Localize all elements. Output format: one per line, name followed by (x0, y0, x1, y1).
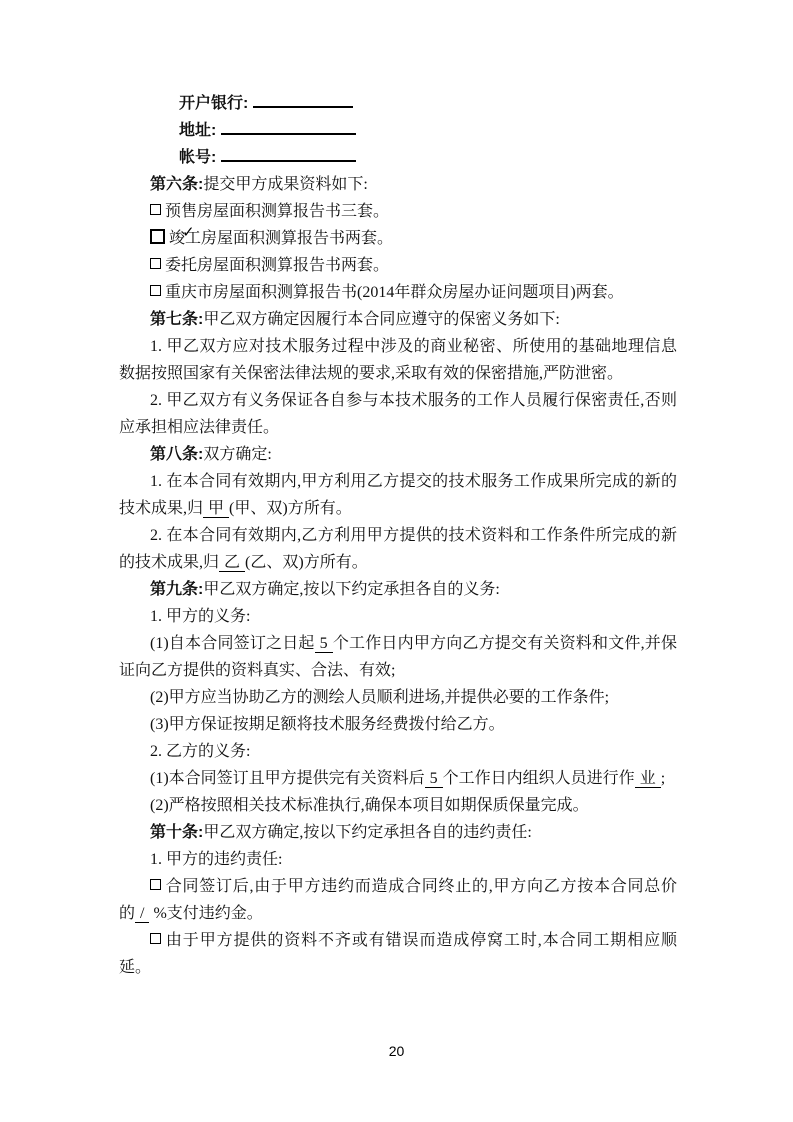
paragraph: 合同签订后,由于甲方违约而造成合同终止的,甲方向乙方按本合同总价的/ %支付违约… (119, 873, 677, 927)
paragraph: (2)严格按照相关技术标准执行,确保本项目如期保质保量完成。 (119, 792, 677, 819)
body-text: 重庆市房屋面积测算报告书(2014年群众房屋办证问题项目)两套。 (165, 284, 624, 301)
paragraph: (2)甲方应当协助乙方的测绘人员顺利进场,并提供必要的工作条件; (119, 684, 677, 711)
paragraph: 帐号: (119, 144, 677, 171)
clause-heading: 第七条: (150, 311, 203, 328)
body-text: 提交甲方成果资料如下: (203, 176, 367, 193)
paragraph: (3)甲方保证按期足额将技术服务经费拨付给乙方。 (119, 711, 677, 738)
checkbox-unchecked-icon (150, 879, 161, 890)
paragraph: 第九条:甲乙双方确定,按以下约定承担各自的义务: (119, 576, 677, 603)
paragraph: 1. 甲方的义务: (119, 603, 677, 630)
body-text: 2. 甲乙双方有义务保证各自参与本技术服务的工作人员履行保密责任,否则应承担相应… (119, 392, 677, 436)
fill-in-value: 乙 (219, 554, 245, 572)
clause-heading: 第六条: (150, 176, 203, 193)
fill-in-value: 业 (635, 770, 661, 788)
body-text: (2)严格按照相关技术标准执行,确保本项目如期保质保量完成。 (150, 797, 589, 814)
paragraph: 1. 甲方的违约责任: (119, 846, 677, 873)
body-text: 2. 乙方的义务: (150, 743, 250, 760)
check-mark-icon: ✓ (151, 225, 195, 240)
page-number: 20 (0, 1043, 793, 1059)
paragraph: 2. 乙方的义务: (119, 738, 677, 765)
paragraph: (1)自本合同签订之日起5个工作日内甲方向乙方提交有关资料和文件,并保证向乙方提… (119, 630, 677, 684)
body-text: 甲乙双方确定,按以下约定承担各自的义务: (203, 581, 499, 598)
document-body: 开户银行:地址:帐号:第六条:提交甲方成果资料如下:预售房屋面积测算报告书三套。… (119, 90, 677, 981)
clause-heading: 地址: (179, 122, 216, 139)
paragraph: 第七条:甲乙双方确定因履行本合同应遵守的保密义务如下: (119, 306, 677, 333)
paragraph: 2. 在本合同有效期内,乙方利用甲方提供的技术资料和工作条件所完成的新的技术成果… (119, 522, 677, 576)
body-text: 1. 甲乙双方应对技术服务过程中涉及的商业秘密、所使用的基础地理信息数据按照国家… (119, 338, 677, 382)
fill-in-blank-line (221, 118, 356, 135)
paragraph: ✓竣工房屋面积测算报告书两套。 (119, 225, 677, 252)
paragraph: 第六条:提交甲方成果资料如下: (119, 171, 677, 198)
body-text: (2)甲方应当协助乙方的测绘人员顺利进场,并提供必要的工作条件; (150, 689, 609, 706)
body-text: 个工作日内组织人员进行作 (443, 770, 635, 787)
body-text: %支付违约金。 (149, 905, 262, 922)
fill-in-value: 5 (315, 635, 333, 653)
clause-heading: 第十条: (150, 824, 203, 841)
fill-in-blank-line (221, 145, 356, 162)
paragraph: 由于甲方提供的资料不齐或有错误而造成停窝工时,本合同工期相应顺延。 (119, 927, 677, 981)
paragraph: 地址: (119, 117, 677, 144)
checkbox-unchecked-icon (150, 285, 161, 296)
paragraph: 委托房屋面积测算报告书两套。 (119, 252, 677, 279)
paragraph: 重庆市房屋面积测算报告书(2014年群众房屋办证问题项目)两套。 (119, 279, 677, 306)
body-text: ; (661, 770, 665, 787)
clause-heading: 开户银行: (179, 95, 248, 112)
fill-in-value: 5 (425, 770, 443, 788)
clause-heading: 第九条: (150, 581, 203, 598)
body-text: 预售房屋面积测算报告书三套。 (165, 203, 389, 220)
body-text: (甲、双)方所有。 (229, 500, 352, 517)
document-page: 开户银行:地址:帐号:第六条:提交甲方成果资料如下:预售房屋面积测算报告书三套。… (0, 0, 793, 1122)
body-text: 1. 甲方的违约责任: (150, 851, 282, 868)
fill-in-blank-line (253, 91, 353, 108)
paragraph: 开户银行: (119, 90, 677, 117)
body-text: 竣工房屋面积测算报告书两套。 (169, 230, 393, 247)
checkbox-unchecked-icon (150, 933, 161, 944)
body-text: 甲乙双方确定,按以下约定承担各自的违约责任: (203, 824, 531, 841)
body-text: 双方确定: (203, 446, 271, 463)
body-text: (1)本合同签订且甲方提供完有关资料后 (150, 770, 425, 787)
paragraph: 预售房屋面积测算报告书三套。 (119, 198, 677, 225)
paragraph: 2. 甲乙双方有义务保证各自参与本技术服务的工作人员履行保密责任,否则应承担相应… (119, 387, 677, 441)
paragraph: 1. 甲乙双方应对技术服务过程中涉及的商业秘密、所使用的基础地理信息数据按照国家… (119, 333, 677, 387)
clause-heading: 第八条: (150, 446, 203, 463)
body-text: 1. 甲方的义务: (150, 608, 250, 625)
checkbox-unchecked-icon (150, 204, 161, 215)
body-text: 甲乙双方确定因履行本合同应遵守的保密义务如下: (203, 311, 559, 328)
body-text: 2. 在本合同有效期内,乙方利用甲方提供的技术资料和工作条件所完成的新的技术成果… (119, 527, 677, 571)
body-text: (3)甲方保证按期足额将技术服务经费拨付给乙方。 (150, 716, 505, 733)
body-text: 委托房屋面积测算报告书两套。 (165, 257, 389, 274)
fill-in-value: / (135, 905, 149, 923)
body-text: (乙、双)方所有。 (245, 554, 368, 571)
paragraph: (1)本合同签订且甲方提供完有关资料后5个工作日内组织人员进行作业; (119, 765, 677, 792)
body-text: (1)自本合同签订之日起 (150, 635, 315, 652)
clause-heading: 帐号: (179, 149, 216, 166)
checkbox-checked-icon: ✓ (150, 229, 165, 244)
body-text: 由于甲方提供的资料不齐或有错误而造成停窝工时,本合同工期相应顺延。 (119, 932, 677, 976)
paragraph: 第十条:甲乙双方确定,按以下约定承担各自的违约责任: (119, 819, 677, 846)
fill-in-value: 甲 (203, 500, 229, 518)
checkbox-unchecked-icon (150, 258, 161, 269)
paragraph: 1. 在本合同有效期内,甲方利用乙方提交的技术服务工作成果所完成的新的技术成果,… (119, 468, 677, 522)
paragraph: 第八条:双方确定: (119, 441, 677, 468)
